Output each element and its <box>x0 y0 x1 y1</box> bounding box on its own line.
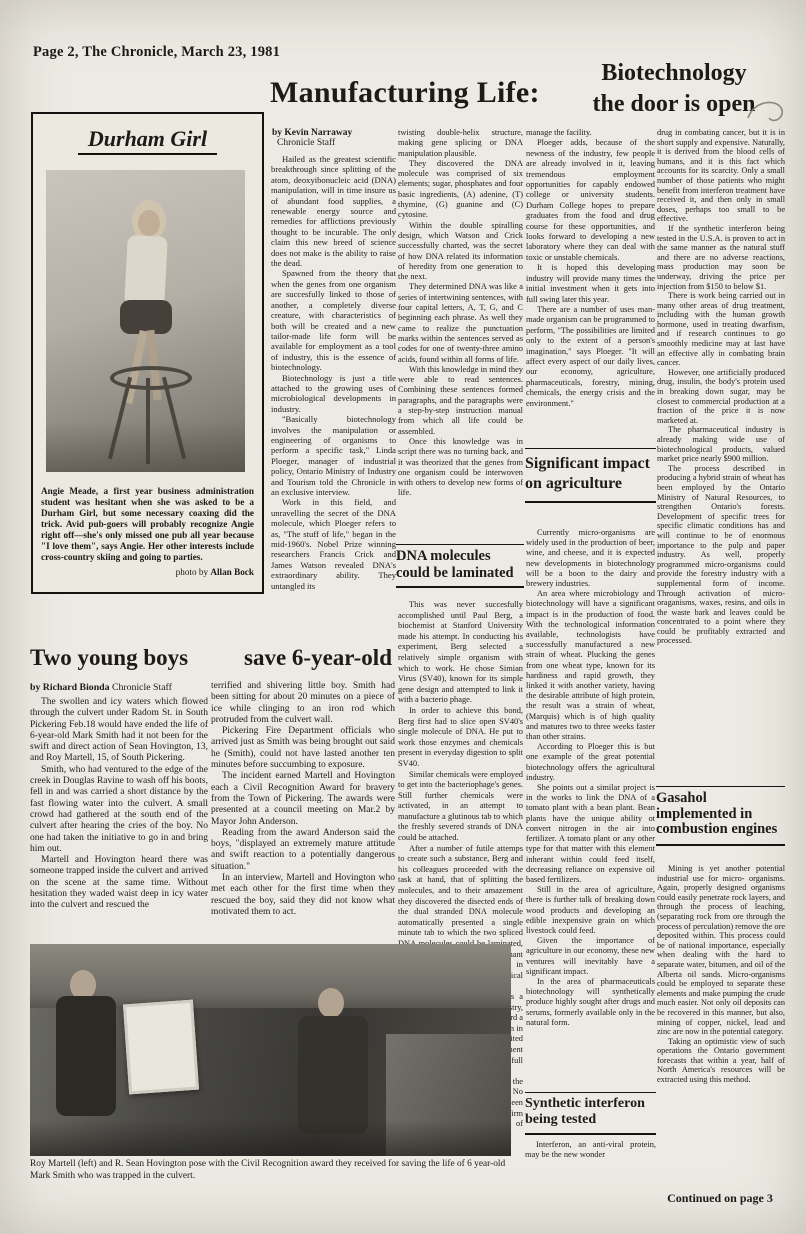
paragraph: Mining is yet another potential industri… <box>657 864 785 1037</box>
biotech-column-1: Hailed as the greatest scientific breakt… <box>271 154 396 642</box>
interferon-section: Synthetic interferon being tested Interf… <box>525 1092 656 1161</box>
durham-girl-photo <box>46 170 245 472</box>
biotech-headline-right-line1: Biotechnology <box>556 58 792 89</box>
photo-boy2-body <box>298 1016 368 1134</box>
photo-award-certificate <box>123 1000 199 1095</box>
photo-credit-prefix: photo by <box>176 567 208 577</box>
paragraph: Given the importance of agriculture in o… <box>526 936 655 977</box>
rescue-headline: Two young boys save 6-year-old <box>30 645 392 671</box>
paragraph: Biotechnology is just a title attached t… <box>271 373 396 415</box>
paragraph: There are a number of uses man-made orga… <box>526 305 655 409</box>
photo-foreground-shadow <box>30 1120 511 1156</box>
paragraph: Currently micro-organisms are widely use… <box>526 528 655 589</box>
photo-credit: photo by Allan Bock <box>41 567 254 577</box>
rescue-photo <box>30 944 511 1156</box>
page-header: Page 2, The Chronicle, March 23, 1981 <box>33 44 453 61</box>
paragraph: In the area of pharmaceuticals biotechno… <box>526 977 655 1028</box>
paragraph: drug in combating cancer, but it is in s… <box>657 128 785 224</box>
paragraph: However, one artificially produced drug,… <box>657 368 785 426</box>
rescue-column-2: terrified and shivering little boy. Smit… <box>211 681 395 943</box>
photo-floor-shadow <box>46 420 245 472</box>
durham-girl-caption: Angie Meade, a first year business admin… <box>41 486 254 563</box>
photo-stool-seat <box>110 366 192 390</box>
paragraph: manage the facility. <box>526 128 655 138</box>
paragraph: The incident earned Martell and Hovingto… <box>211 771 395 827</box>
rescue-byline: by Richard Bionda Chronicle Staff <box>30 682 230 693</box>
paragraph: According to Ploeger this is but one exa… <box>526 742 655 783</box>
photo-boy2-face <box>318 988 344 1018</box>
gasahol-section-body: Mining is yet another potential industri… <box>657 864 785 1188</box>
durham-girl-title-text: Durham Girl <box>78 126 217 155</box>
paragraph: Martell and Hovington heard there was so… <box>30 855 208 911</box>
newspaper-page: Page 2, The Chronicle, March 23, 1981 Du… <box>0 0 806 1234</box>
paragraph: Smith, who had ventured to the edge of t… <box>30 765 208 855</box>
paragraph: Reading from the award Anderson said the… <box>211 828 395 873</box>
dna-section-heading: DNA molecules could be laminated <box>396 544 524 588</box>
paragraph: There is work being carried out in many … <box>657 291 785 368</box>
biotech-column-4: drug in combating cancer, but it is in s… <box>657 128 785 780</box>
biotech-byline-org: Chronicle Staff <box>272 138 397 148</box>
interferon-section-body: Interferon, an anti-viral protein, may b… <box>525 1140 656 1161</box>
photo-figure-face <box>138 210 160 236</box>
rescue-byline-author: by Richard Bionda <box>30 682 110 693</box>
biotech-byline-author: by Kevin Narraway <box>272 128 397 138</box>
paragraph: The pharmaceutical industry is already m… <box>657 425 785 463</box>
paragraph: An area where microbiology and biotechno… <box>526 589 655 742</box>
paragraph: Work in this field, and unravelling the … <box>271 497 396 591</box>
rescue-headline-part2: save 6-year-old <box>244 645 392 671</box>
durham-girl-article: Durham Girl Angie Meade, a first year bu… <box>31 112 264 594</box>
agriculture-section-heading: Significant impact on agriculture <box>525 448 656 503</box>
biotech-column-2: twisting double-helix structure, making … <box>398 128 523 540</box>
paragraph: "Basically biotechnology involves the ma… <box>271 414 396 497</box>
biotech-headline-left: Manufacturing Life: <box>270 76 570 110</box>
pen-scan-mark <box>744 96 788 130</box>
biotech-byline: by Kevin Narraway Chronicle Staff <box>272 128 397 148</box>
paragraph: The swollen and icy waters which flowed … <box>30 697 208 765</box>
paragraph: Within the double spiralling design, whi… <box>398 221 523 283</box>
biotech-column-3: manage the facility. Ploeger adds, becau… <box>526 128 655 444</box>
rescue-column-1: The swollen and icy waters which flowed … <box>30 697 208 943</box>
rescue-headline-part1: Two young boys <box>30 645 188 671</box>
paragraph: If the synthetic interferon being tested… <box>657 224 785 291</box>
paragraph: In an interview, Martell and Hovington w… <box>211 873 395 918</box>
paragraph: Once this knowledge was in script there … <box>398 437 523 499</box>
paragraph: Spawned from the theory that when the ge… <box>271 268 396 372</box>
agriculture-section-body: Currently micro-organisms are widely use… <box>526 528 655 1084</box>
photo-figure-skirt <box>120 300 172 334</box>
paragraph: With this knowledge in mind they were ab… <box>398 365 523 437</box>
interferon-section-heading-text: Synthetic interferon being tested <box>525 1096 656 1128</box>
interferon-section-heading: Synthetic interferon being tested <box>525 1092 656 1135</box>
gasahol-section-heading: Gasahol implemented in combustion engine… <box>656 786 785 846</box>
paragraph: Hailed as the greatest scientific breakt… <box>271 154 396 268</box>
rescue-photo-caption: Roy Martell (left) and R. Sean Hovington… <box>30 1159 519 1182</box>
paragraph: She points out a similar project is in t… <box>526 783 655 885</box>
gasahol-section-heading-text: Gasahol implemented in combustion engine… <box>656 791 785 838</box>
rescue-byline-org: Chronicle Staff <box>112 682 172 693</box>
paragraph: Pickering Fire Department officials who … <box>211 726 395 771</box>
photo-boy1-body <box>56 996 116 1116</box>
photo-credit-name: Allan Bock <box>210 567 254 577</box>
paragraph: Taking an optimistic view of such operat… <box>657 1037 785 1085</box>
paragraph: Ploeger adds, because of the newness of … <box>526 138 655 263</box>
photo-figure-torso <box>124 235 168 307</box>
paragraph: The process described in producing a hyb… <box>657 464 785 646</box>
dna-section-heading-text: DNA molecules could be laminated <box>396 548 524 582</box>
agriculture-section-heading-text: Significant impact on agriculture <box>525 454 656 493</box>
paragraph: They discovered the DNA molecule was com… <box>398 159 523 221</box>
paragraph: It is hoped this developing industry wil… <box>526 263 655 305</box>
paragraph: twisting double-helix structure, making … <box>398 128 523 159</box>
paragraph: In order to achieve this bond, Berg firs… <box>398 706 523 770</box>
durham-girl-title: Durham Girl <box>33 126 262 152</box>
paragraph: They determined DNA was like a series of… <box>398 282 523 364</box>
paragraph: Interferon, an anti-viral protein, may b… <box>525 1140 656 1161</box>
continued-notice: Continued on page 3 <box>653 1191 787 1206</box>
paragraph: terrified and shivering little boy. Smit… <box>211 681 395 726</box>
paragraph: Still in the area of agriculture, there … <box>526 885 655 936</box>
paragraph: Similar chemicals were employed to get i… <box>398 770 523 844</box>
paragraph: This was never succesfully accomplished … <box>398 600 523 706</box>
